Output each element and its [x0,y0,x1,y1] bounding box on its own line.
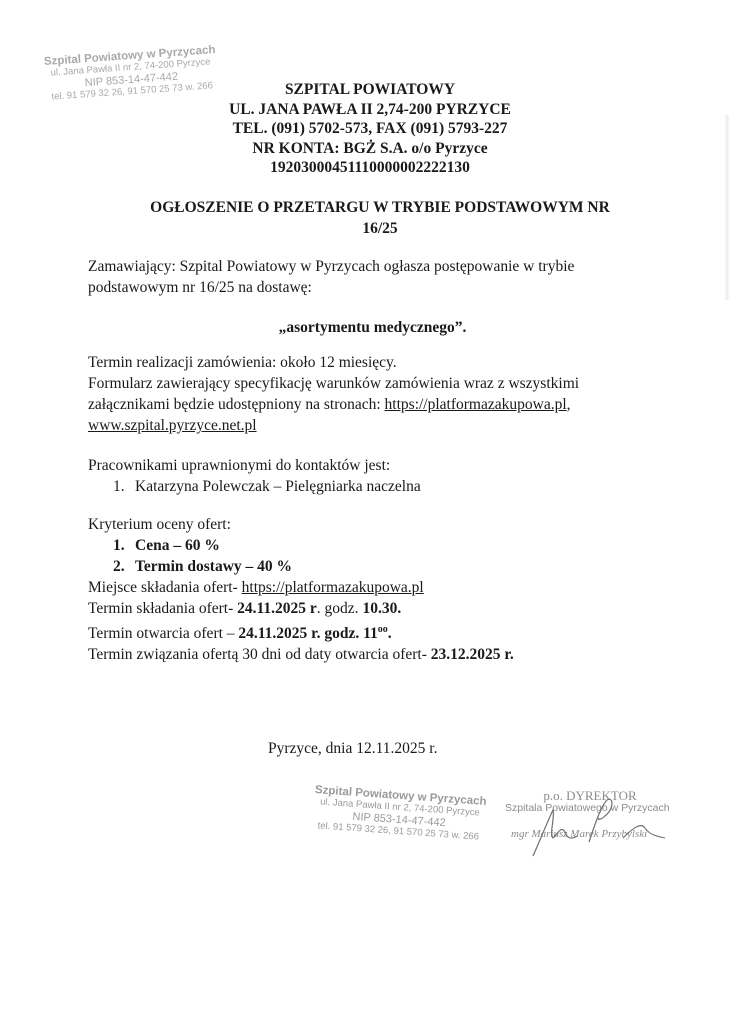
list-number: 1. [113,535,135,556]
criterion-text: Termin dostawy – 40 % [135,558,292,575]
hospital-name: SZPITAL POWIATOWY [150,80,590,100]
hospital-bank: NR KONTA: BGŻ S.A. o/o Pyrzyce [150,139,590,159]
platform-link[interactable]: https://platformazakupowa.pl [385,396,567,413]
form-text: załącznikami będzie udostępniony na stro… [88,396,385,413]
intro-line: Zamawiający: Szpital Powiatowy w Pyrzyca… [88,256,574,277]
open-end: . [388,625,392,642]
submission-link[interactable]: https://platformazakupowa.pl [242,579,424,596]
place-label: Miejsce składania ofert- [88,579,242,596]
details: Termin realizacji zamówienia: około 12 m… [88,352,579,436]
submit-date: 24.11.2025 [237,600,306,617]
document-title: OGŁOSZENIE O PRZETARGU W TRYBIE PODSTAWO… [90,197,670,239]
binding-period: Termin związania ofertą 30 dni od daty o… [88,644,514,665]
place-date-text: Pyrzyce, dnia 12.11.2025 r. [268,740,437,757]
submit-r: r [306,600,317,617]
list-number: 2. [113,556,135,577]
submission-place: Miejsce składania ofert- https://platfor… [88,577,514,598]
opening-deadline: Termin otwarcia ofert – 24.11.2025 r. go… [88,619,514,644]
criteria-label: Kryterium oceny ofert: [88,514,514,535]
contact-text: Katarzyna Polewczak – Pielęgniarka nacze… [135,478,421,495]
hospital-website-link[interactable]: www.szpital.pyrzyce.net.pl [88,417,257,434]
intro: Zamawiający: Szpital Powiatowy w Pyrzyca… [88,256,574,298]
subject: „asortymentu medycznego”. [0,317,745,338]
submit-godz: . godz. [317,600,363,617]
handwritten-signature-icon [505,788,675,858]
intro-line: podstawowym nr 16/25 na dostawę: [88,277,574,298]
place-date: Pyrzyce, dnia 12.11.2025 r. [268,738,437,759]
subject-text: „asortymentu medycznego”. [279,319,467,336]
hospital-address: UL. JANA PAWŁA II 2,74-200 PYRZYCE [150,100,590,120]
contacts-label: Pracownikami uprawnionymi do kontaktów j… [88,455,421,476]
comma: , [567,396,571,413]
contacts: Pracownikami uprawnionymi do kontaktów j… [88,455,421,497]
binding-label: Termin związania ofertą 30 dni od daty o… [88,646,431,663]
hospital-phone: TEL. (091) 5702-573, FAX (091) 5793-227 [150,119,590,139]
signature-block: p.o. DYREKTOR Szpitala Powiatowego w Pyr… [505,788,675,840]
criteria: Kryterium oceny ofert: 1.Cena – 60 % 2.T… [88,514,514,665]
form-line: Formularz zawierający specyfikację warun… [88,373,579,394]
submit-time: 10.30. [362,600,401,617]
stamp-bottom: Szpital Powiatowy w Pyrzycach ul. Jana P… [311,784,489,844]
title-line: OGŁOSZENIE O PRZETARGU W TRYBIE PODSTAWO… [90,197,670,218]
open-date: 24.11.2025 r. godz. 11 [238,625,377,642]
binding-date: 23.12.2025 r. [431,646,514,663]
letterhead: SZPITAL POWIATOWY UL. JANA PAWŁA II 2,74… [150,80,590,178]
criterion-item: 1.Cena – 60 % [88,535,514,556]
open-label: Termin otwarcia ofert – [88,625,238,642]
form-line: załącznikami będzie udostępniony na stro… [88,394,579,415]
criterion-item: 2.Termin dostawy – 40 % [88,556,514,577]
contact-item: 1.Katarzyna Polewczak – Pielęgniarka nac… [88,476,421,497]
list-number: 1. [113,476,135,497]
hospital-account: 19203000451110000002222130 [150,158,590,178]
submit-label: Termin składania ofert- [88,600,237,617]
open-sup: oo [378,624,388,635]
submission-deadline: Termin składania ofert- 24.11.2025 r. go… [88,598,514,619]
scan-edge [724,115,730,300]
criterion-text: Cena – 60 % [135,537,220,554]
title-line: 16/25 [90,218,670,239]
realization-term: Termin realizacji zamówienia: około 12 m… [88,352,579,373]
